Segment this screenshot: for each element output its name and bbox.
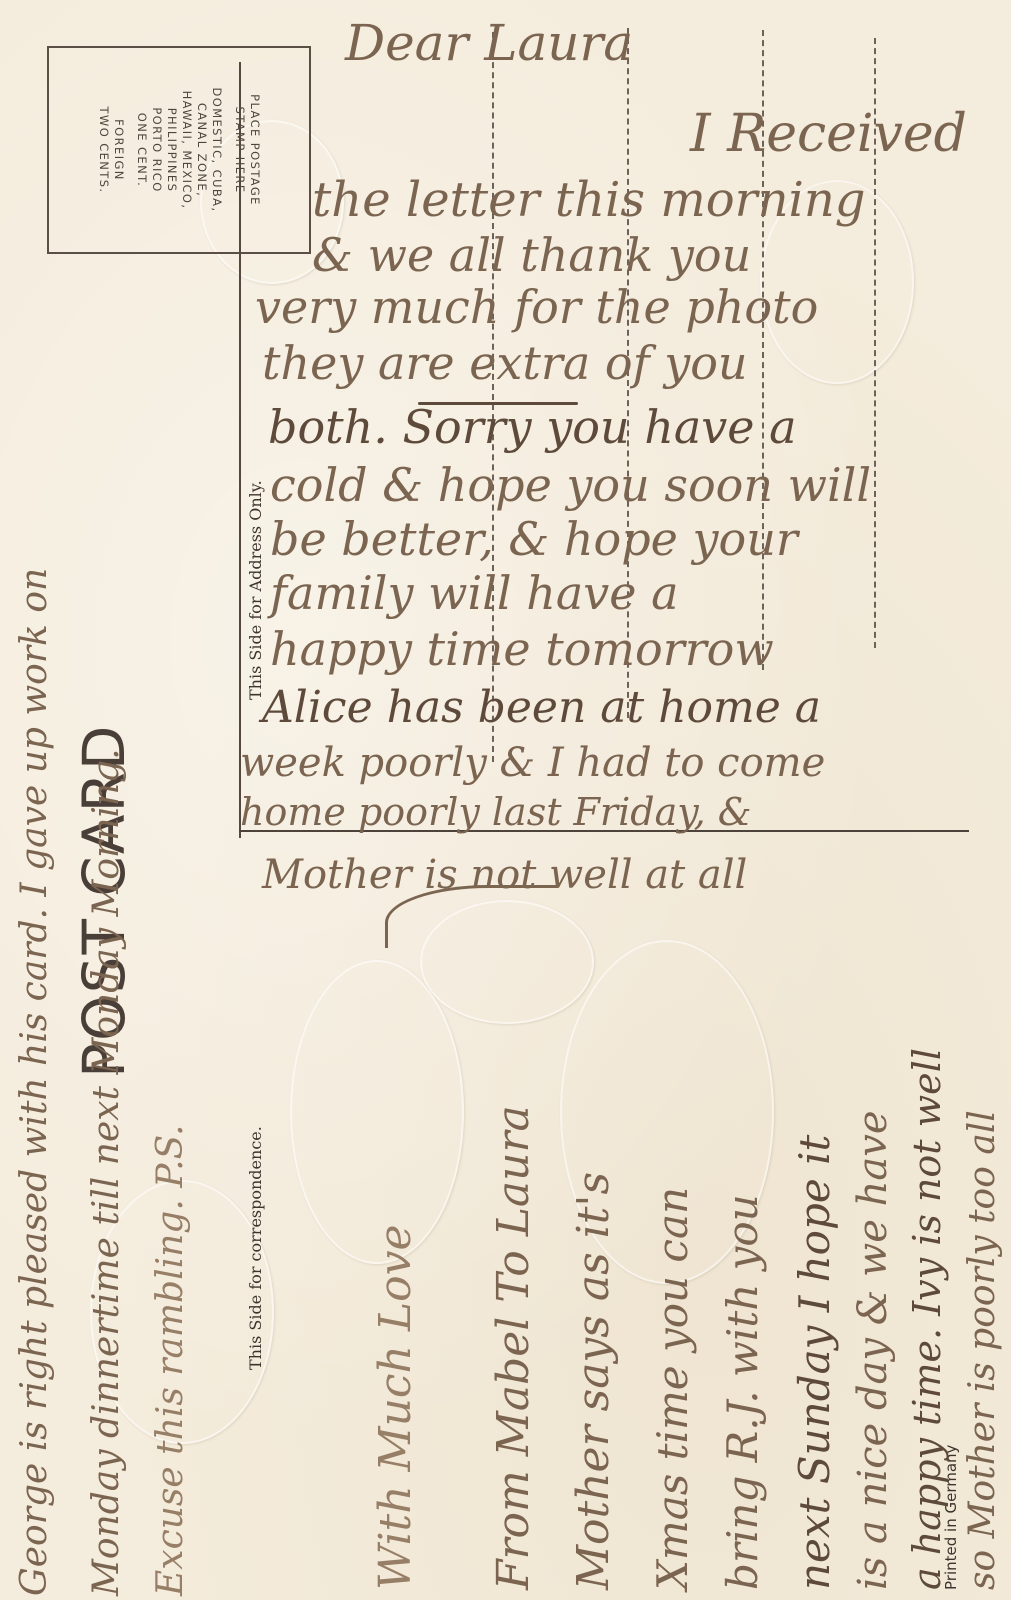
vertical-divider <box>239 62 241 838</box>
stamp-box: PLACE POSTAGE STAMP HERE DOMESTIC, CUBA,… <box>47 46 311 254</box>
handwriting-closing-line: so Mother is poorly too all <box>962 1110 1003 1590</box>
handwriting-line: both. Sorry you have a <box>268 400 797 454</box>
stamp-instructions: PLACE POSTAGE STAMP HERE DOMESTIC, CUBA,… <box>96 50 262 250</box>
stamp-line: PLACE POSTAGE <box>247 50 262 250</box>
handwriting-closing-line: bring R.J. with you <box>718 1194 767 1590</box>
handwriting-line: week poorly & I had to come <box>240 740 825 786</box>
handwriting-line: cold & hope you soon will <box>270 458 871 512</box>
handwriting-margin-line: George is right pleased with his card. I… <box>14 568 55 1596</box>
handwriting-closing-line: a happy time. Ivy is not well <box>905 1048 949 1590</box>
handwriting-line: be better, & hope your <box>270 512 798 566</box>
address-side-label: This Side for Address Only. <box>246 480 265 700</box>
stamp-line: PORTO RICO <box>149 50 164 250</box>
handwriting-line: I Received <box>690 104 967 164</box>
handwriting-closing-line: Xmas time you can <box>648 1187 697 1590</box>
handwriting-line: happy time tomorrow <box>270 622 774 676</box>
stamp-line: HAWAII, MEXICO, <box>179 50 194 250</box>
handwriting-line: family will have a <box>270 566 679 620</box>
stamp-line: DOMESTIC, CUBA, <box>209 50 224 250</box>
handwriting-margin-line: Excuse this rambling. P.S. <box>150 1125 191 1596</box>
handwriting-line: home poorly last Friday, & <box>240 790 752 834</box>
stamp-line: FOREIGN <box>111 50 126 250</box>
handwriting-line: Alice has been at home a <box>262 682 821 733</box>
stamp-line: TWO CENTS. <box>96 50 111 250</box>
handwriting-line: Dear Laura <box>345 14 633 72</box>
correspondence-side-label: This Side for correspondence. <box>246 1126 265 1370</box>
handwriting-line: very much for the photo <box>255 280 818 334</box>
handwriting-line: & we all thank you <box>312 228 751 282</box>
stamp-line: ONE CENT. <box>134 50 149 250</box>
postcard: PLACE POSTAGE STAMP HERE DOMESTIC, CUBA,… <box>0 0 1011 1600</box>
emboss-ornament <box>290 960 464 1264</box>
handwriting-closing-line: is a nice day & we have <box>850 1110 896 1590</box>
handwriting-closing-line: Mother says as it's <box>568 1172 619 1590</box>
handwriting-line: they are extra of you <box>262 336 748 390</box>
handwriting-closing-line: From Mabel To Laura <box>488 1105 539 1590</box>
handwriting-line: the letter this morning <box>312 172 866 228</box>
handwriting-closing-line: With Much Love <box>370 1225 421 1591</box>
stamp-line: CANAL ZONE, <box>194 50 209 250</box>
handwriting-margin-line: Monday dinnertime till next Monday Morni… <box>86 748 127 1596</box>
handwriting-closing-line: next Sunday I hope it <box>790 1135 839 1590</box>
stamp-line: PHILIPPINES <box>164 50 179 250</box>
